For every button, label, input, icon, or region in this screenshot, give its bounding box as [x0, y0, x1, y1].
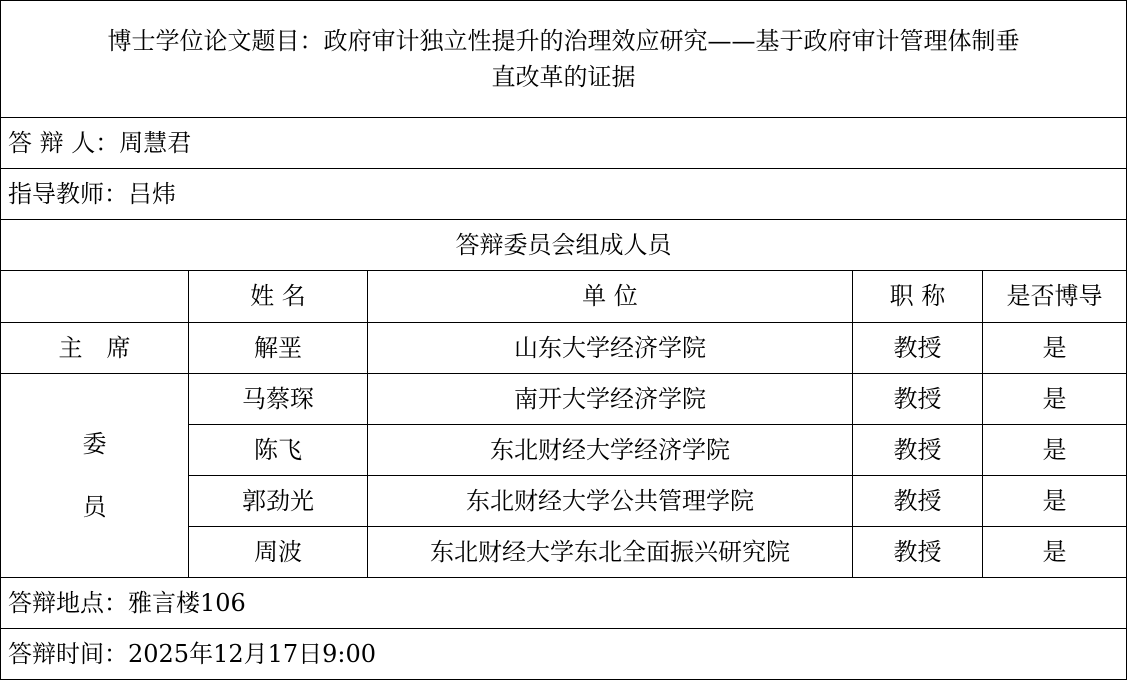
member-unit: 东北财经大学东北全面振兴研究院 — [368, 527, 853, 578]
advisor-cell: 指导教师：吕炜 — [1, 169, 1127, 220]
member-title: 教授 — [853, 527, 983, 578]
time-label: 答辩时间： — [8, 640, 128, 668]
member-doctoral-supervisor: 是 — [983, 374, 1127, 425]
member-label-char-2: 员 — [83, 493, 107, 522]
member-doctoral-supervisor: 是 — [983, 476, 1127, 527]
member-name: 周波 — [189, 527, 368, 578]
member-title: 教授 — [853, 374, 983, 425]
advisor-row: 指导教师：吕炜 — [1, 169, 1127, 220]
member-label-char-1: 委 — [83, 430, 107, 459]
table-row: 委 员 马蔡琛 南开大学经济学院 教授 是 — [1, 374, 1127, 425]
member-unit: 山东大学经济学院 — [368, 323, 853, 374]
member-title: 教授 — [853, 476, 983, 527]
member-title: 教授 — [853, 323, 983, 374]
member-unit: 东北财经大学经济学院 — [368, 425, 853, 476]
defender-cell: 答 辩 人：周慧君 — [1, 118, 1127, 169]
member-label-cell: 委 员 — [1, 374, 189, 578]
location-value: 雅言楼106 — [128, 589, 246, 617]
member-doctoral-supervisor: 是 — [983, 323, 1127, 374]
header-title: 职 称 — [853, 271, 983, 323]
location-label: 答辩地点： — [8, 589, 128, 617]
time-value: 2025年12月17日9:00 — [128, 640, 376, 668]
table-row: 主 席 解垩 山东大学经济学院 教授 是 — [1, 323, 1127, 374]
committee-heading: 答辩委员会组成人员 — [1, 220, 1127, 271]
time-row: 答辩时间：2025年12月17日9:00 — [1, 629, 1127, 680]
member-name: 郭劲光 — [189, 476, 368, 527]
header-role — [1, 271, 189, 323]
header-doctoral-supervisor: 是否博导 — [983, 271, 1127, 323]
member-doctoral-supervisor: 是 — [983, 527, 1127, 578]
defender-name: 周慧君 — [119, 129, 191, 157]
defense-info-table: 博士学位论文题目：政府审计独立性提升的治理效应研究——基于政府审计管理体制垂 直… — [0, 0, 1127, 680]
title-row: 博士学位论文题目：政府审计独立性提升的治理效应研究——基于政府审计管理体制垂 直… — [1, 1, 1127, 118]
location-cell: 答辩地点：雅言楼106 — [1, 578, 1127, 629]
defender-row: 答 辩 人：周慧君 — [1, 118, 1127, 169]
location-row: 答辩地点：雅言楼106 — [1, 578, 1127, 629]
member-title: 教授 — [853, 425, 983, 476]
advisor-name: 吕炜 — [128, 180, 176, 208]
thesis-title: 博士学位论文题目：政府审计独立性提升的治理效应研究——基于政府审计管理体制垂 直… — [1, 1, 1127, 118]
header-name: 姓 名 — [189, 271, 368, 323]
member-unit: 东北财经大学公共管理学院 — [368, 476, 853, 527]
member-name: 解垩 — [189, 323, 368, 374]
chair-label: 主 席 — [1, 323, 189, 374]
thesis-title-line-2: 直改革的证据 — [7, 59, 1120, 95]
member-name: 马蔡琛 — [189, 374, 368, 425]
thesis-title-line-1: 博士学位论文题目：政府审计独立性提升的治理效应研究——基于政府审计管理体制垂 — [7, 23, 1120, 59]
committee-heading-row: 答辩委员会组成人员 — [1, 220, 1127, 271]
table-header-row: 姓 名 单 位 职 称 是否博导 — [1, 271, 1127, 323]
member-doctoral-supervisor: 是 — [983, 425, 1127, 476]
member-unit: 南开大学经济学院 — [368, 374, 853, 425]
member-name: 陈飞 — [189, 425, 368, 476]
time-cell: 答辩时间：2025年12月17日9:00 — [1, 629, 1127, 680]
advisor-label: 指导教师： — [8, 180, 128, 208]
defender-label: 答 辩 人： — [8, 129, 119, 157]
defense-info-sheet: 博士学位论文题目：政府审计独立性提升的治理效应研究——基于政府审计管理体制垂 直… — [0, 0, 1126, 679]
header-unit: 单 位 — [368, 271, 853, 323]
